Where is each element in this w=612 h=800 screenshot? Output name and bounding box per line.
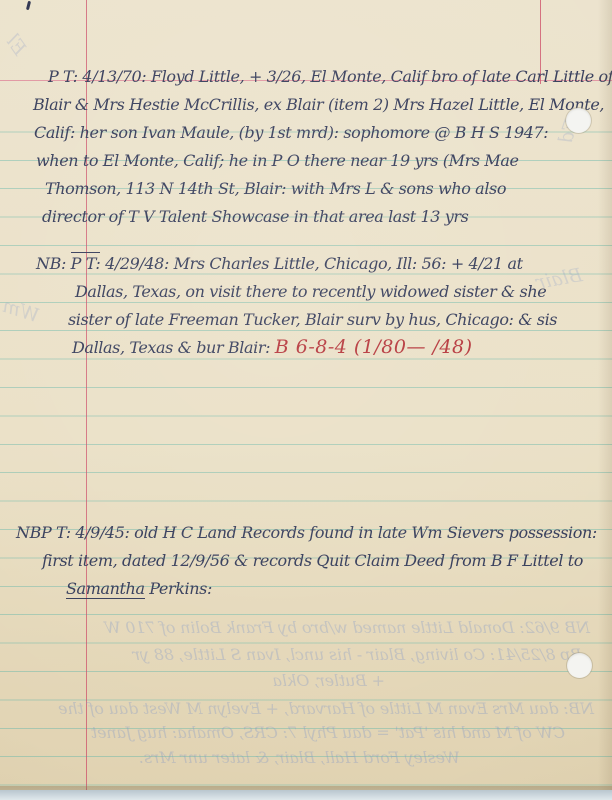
handwriting-line: Dallas, Texas & bur Blair: B 6-8-4 (1/80…: [72, 336, 473, 359]
bleedthrough-line: NB 9/62: Donald Little named w/bro by Fr…: [30, 618, 590, 637]
handwriting-line: NBP T: 4/9/45: old H C Land Records foun…: [16, 522, 597, 544]
handwriting-line: first item, dated 12/9/56 & records Quit…: [42, 550, 583, 572]
handwriting-line: sister of late Freeman Tucker, Blair sur…: [68, 309, 557, 331]
handwriting-text: Perkins:: [145, 579, 212, 598]
handwriting-line: Blair & Mrs Hestie McCrillis, ex Blair (…: [33, 94, 604, 116]
handwriting-text: 4/29/48: Mrs Charles Little, Chicago, Il…: [100, 254, 522, 273]
hole-punch-top: [566, 108, 591, 133]
underlined-name: Samantha: [66, 579, 145, 599]
overlined-initials: P T:: [71, 252, 101, 273]
bleedthrough-mark: El: [1, 31, 30, 60]
bleedthrough-line: Bp 8/25/41: Co living, Blair - his uncl,…: [22, 645, 582, 664]
bleedthrough-line: CW of M and his 'Pat' = dau Phyl 7: CRS,…: [35, 723, 565, 742]
bleedthrough-line: NB: dau Mrs Evan M Little of Harvard, + …: [14, 699, 594, 718]
red-ink-annotation: B 6-8-4 (1/80— /48): [275, 336, 473, 358]
scanner-edge-strip: [0, 790, 612, 800]
handwriting-line: director of T V Talent Showcase in that …: [42, 206, 468, 228]
handwriting-line: P T: 4/13/70: Floyd Little, + 3/26, El M…: [48, 66, 612, 88]
left-margin-line: [86, 0, 87, 790]
handwriting-line: Dallas, Texas, on visit there to recentl…: [75, 281, 546, 303]
bleedthrough-line: + Butler, Okla: [255, 671, 385, 690]
notebook-page: El Ed Wm Blair P T: 4/13/70: Floyd Littl…: [0, 0, 612, 800]
hole-punch-bottom: [567, 653, 592, 678]
ink-speck: [26, 1, 31, 10]
handwriting-line: Thomson, 113 N 14th St, Blair: with Mrs …: [45, 178, 506, 200]
handwriting-line: NB: P T: 4/29/48: Mrs Charles Little, Ch…: [36, 253, 523, 275]
bleedthrough-line: Wesley Ford Hall, Blair, & later unr Mrs…: [130, 748, 460, 767]
handwriting-line: Calif: her son Ivan Maule, (by 1st mrd):…: [34, 122, 548, 144]
page-curl-shadow: [598, 0, 612, 800]
handwriting-line: Samantha Perkins:: [66, 578, 212, 600]
handwriting-text: Dallas, Texas & bur Blair:: [72, 338, 275, 357]
entry-prefix: NB:: [36, 254, 71, 273]
handwriting-line: when to El Monte, Calif; he in P O there…: [36, 150, 519, 172]
